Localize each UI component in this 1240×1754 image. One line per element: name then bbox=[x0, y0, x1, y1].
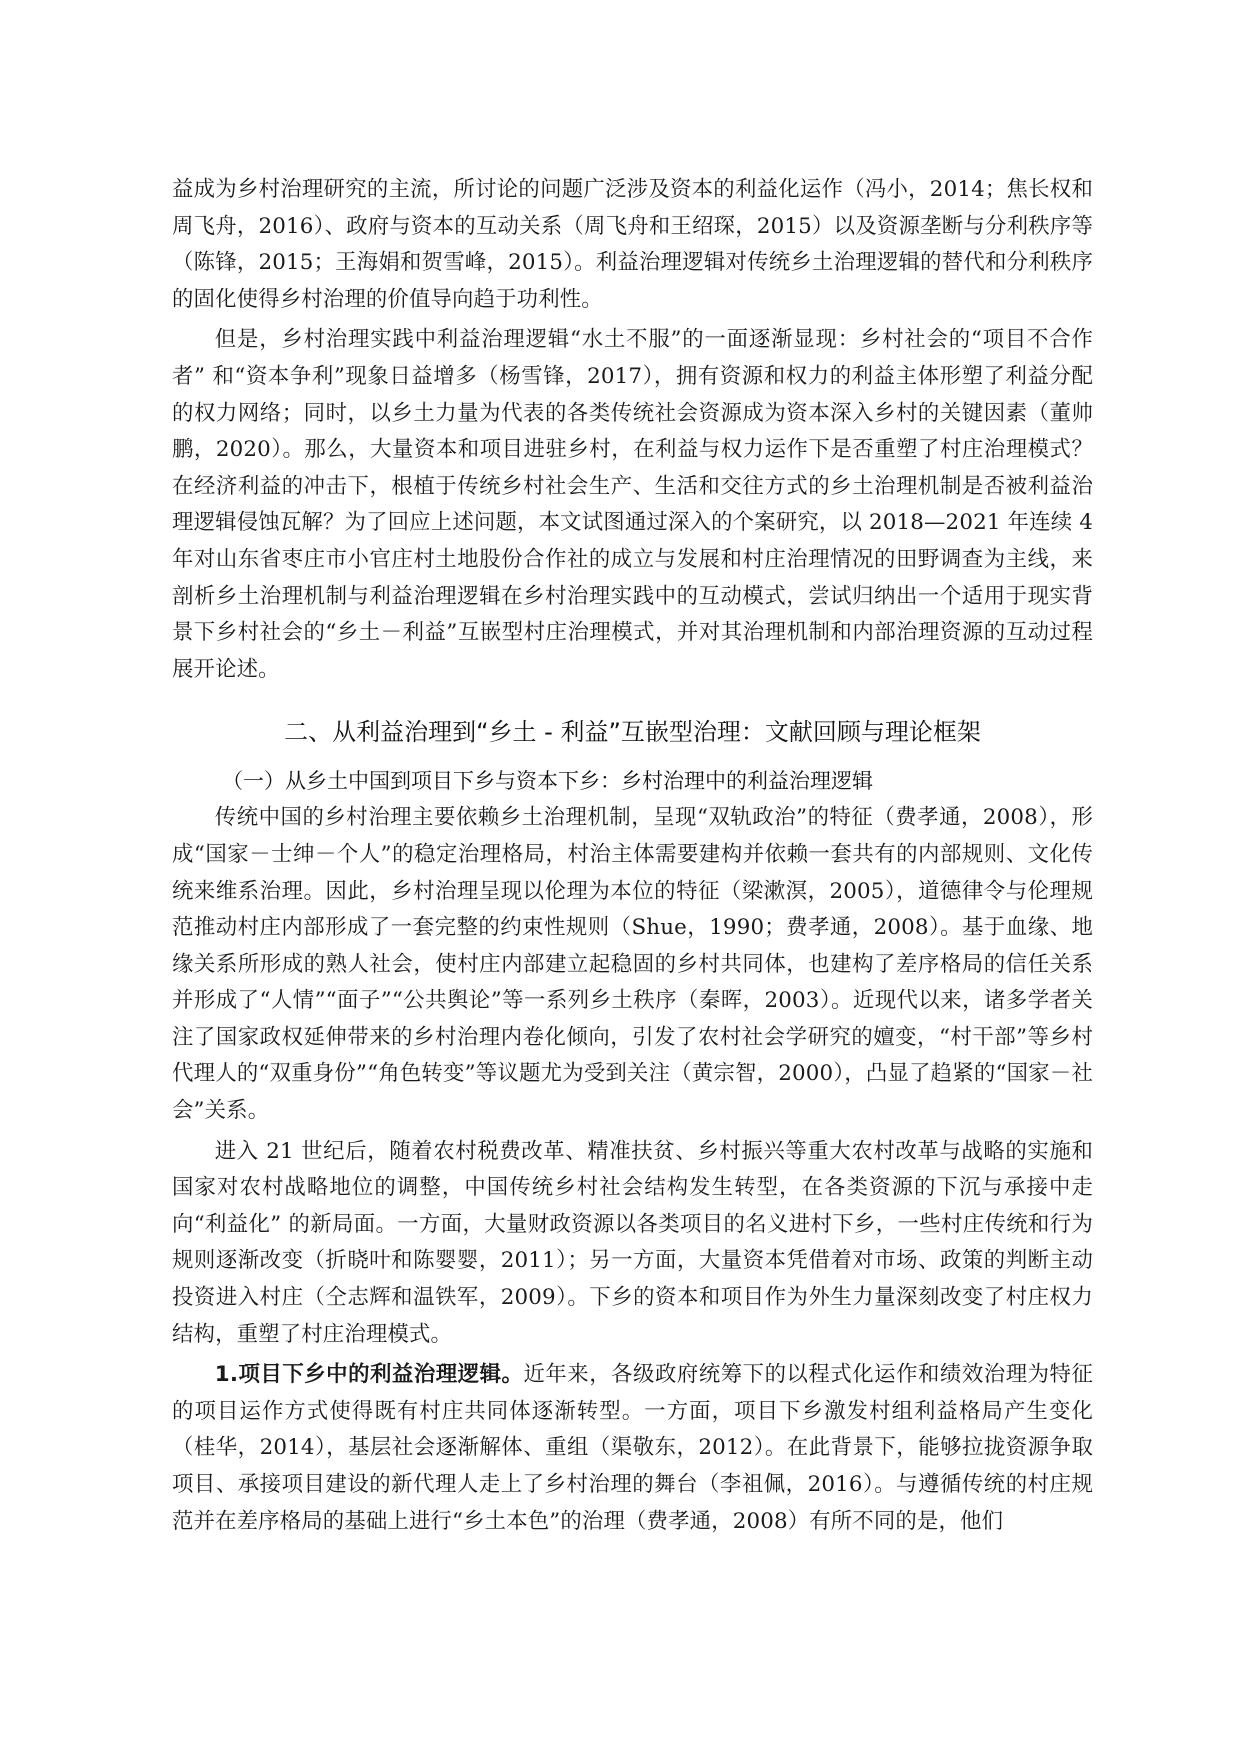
paragraph-21st-century-transition: 进入 21 世纪后，随着农村税费改革、精准扶贫、乡村振兴等重大农村改革与战略的实… bbox=[172, 1134, 1093, 1354]
paragraph-project-governance: 1.项目下乡中的利益治理逻辑。近年来，各级政府统筹下的以程式化运作和绩效治理为特… bbox=[172, 1357, 1093, 1540]
paragraph-lead-heading: 1.项目下乡中的利益治理逻辑。 bbox=[215, 1362, 524, 1387]
paragraph-research-question: 但是，乡村治理实践中利益治理逻辑“水土不服”的一面逐渐显现：乡村社会的“项目不合… bbox=[172, 322, 1093, 688]
paragraph-body-text: 近年来，各级政府统筹下的以程式化运作和绩效治理为特征的项目运作方式使得既有村庄共… bbox=[172, 1362, 1093, 1533]
subsection-heading: （一）从乡土中国到项目下乡与资本下乡：乡村治理中的利益治理逻辑 bbox=[172, 764, 1093, 798]
document-page: 益成为乡村治理研究的主流，所讨论的问题广泛涉及资本的利益化运作（冯小，2014；… bbox=[172, 172, 1093, 1544]
section-heading: 二、从利益治理到“乡土 - 利益”互嵌型治理：文献回顾与理论框架 bbox=[172, 714, 1093, 750]
paragraph-traditional-governance: 传统中国的乡村治理主要依赖乡土治理机制，呈现“双轨政治”的特征（费孝通，2008… bbox=[172, 800, 1093, 1129]
paragraph-continued-intro: 益成为乡村治理研究的主流，所讨论的问题广泛涉及资本的利益化运作（冯小，2014；… bbox=[172, 172, 1093, 318]
